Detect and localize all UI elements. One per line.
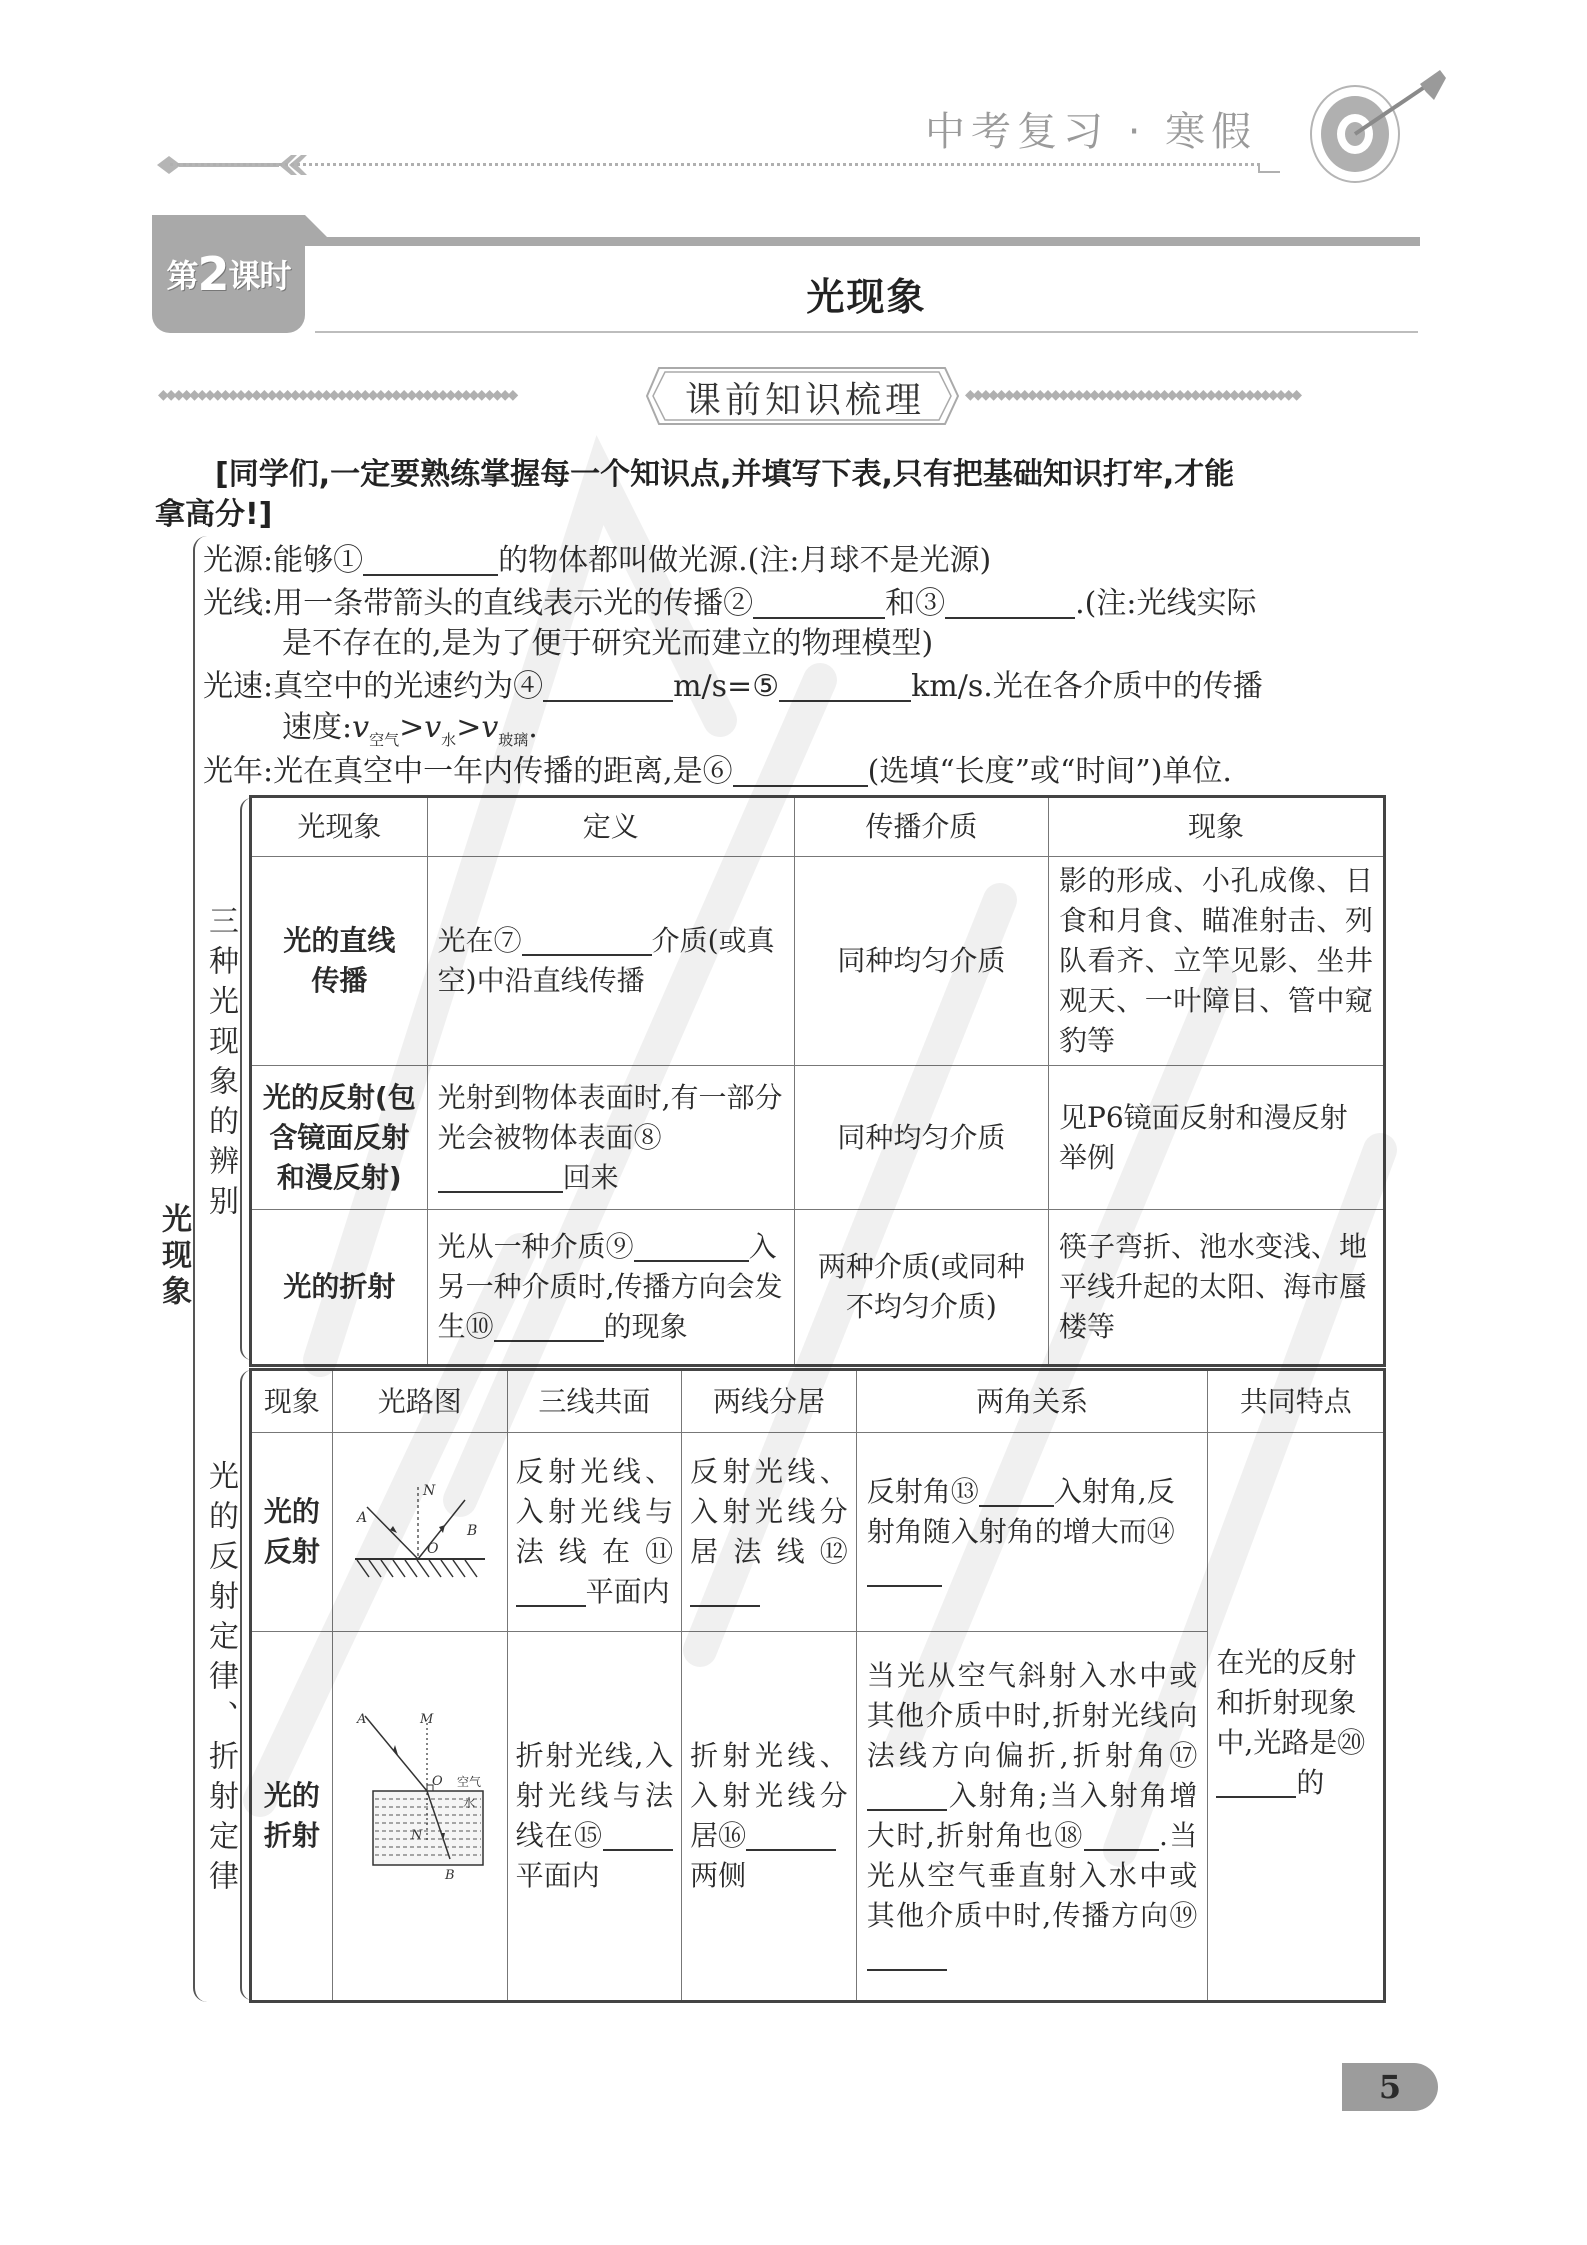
coplanar-cell: 折射光线,入射光线与法线在⑮平面内: [507, 1632, 682, 2002]
speed-order-end: .: [528, 710, 538, 745]
coplanar-tail: 平面内: [516, 1859, 600, 1892]
definition-lead: 光在⑦: [438, 924, 522, 957]
group2-label-text: 光的反射定律、折射定律: [198, 1460, 242, 1900]
label-a: A: [356, 1712, 366, 1727]
blank-20[interactable]: [1216, 1768, 1296, 1798]
medium-cell: 同种均匀介质: [794, 857, 1048, 1066]
light-speed-tail: km/s.光在各介质中的传播: [911, 669, 1263, 704]
table1-header-row: 光现象 定义 传播介质 现象: [251, 797, 1385, 857]
diamond-row-right: ◆◆◆◆◆◆◆◆◆◆◆◆◆◆◆◆◆◆◆◆◆◆◆◆◆◆◆◆◆◆◆◆◆◆◆◆◆◆◆◆…: [965, 388, 1420, 402]
group1-label-text: 三种光现象的辨别: [198, 905, 242, 1225]
table-row: 光的直线传播 光在⑦介质(或真空)中沿直线传播 同种均匀介质 影的形成、小孔成像…: [251, 857, 1385, 1066]
angles-marker-18: ⑱: [1054, 1819, 1084, 1852]
definition-cell: 光从一种介质⑨入另一种介质时,传播方向会发生⑩的现象: [427, 1210, 794, 1366]
group1-label: 三种光现象的辨别: [198, 905, 236, 1238]
table2-header: 两线分居: [682, 1370, 857, 1433]
v-water: v: [424, 710, 441, 745]
group2-label: 光的反射定律、折射定律: [198, 1460, 236, 1913]
label-air: 空气: [457, 1774, 481, 1789]
definition-lead: 光从一种介质⑨: [438, 1230, 634, 1263]
blank-2[interactable]: [753, 589, 885, 619]
medium-cell: 两种介质(或同种不均匀介质): [794, 1210, 1048, 1366]
phenomenon-name: 光的折射: [251, 1210, 428, 1366]
blank-15[interactable]: [603, 1821, 673, 1851]
angles-cell: 反射角⑬入射角,反射角随入射角的增大而⑭: [856, 1433, 1208, 1632]
table2-header: 两角关系: [856, 1370, 1208, 1433]
separate-tail: 两侧: [690, 1859, 746, 1892]
blank-17[interactable]: [867, 1781, 947, 1811]
refraction-diagram: A M O 空气 水 N B: [345, 1711, 495, 1911]
gt-1: >: [399, 710, 424, 745]
page-number: 5: [1342, 2063, 1438, 2111]
label-water: 水: [463, 1795, 475, 1810]
three-phenomena-table: 光现象 定义 传播介质 现象 光的直线传播 光在⑦介质(或真空)中沿直线传播 同…: [249, 795, 1386, 1367]
light-speed-line-2: 速度:v空气>v水>v玻璃.: [282, 702, 538, 750]
angles-marker-17: ⑰: [1169, 1739, 1197, 1772]
table2-header-row: 现象 光路图 三线共面 两线分居 两角关系 共同特点: [251, 1370, 1385, 1433]
label-b: B: [444, 1868, 455, 1883]
separate-cell: 反射光线、入射光线分居法线⑫: [682, 1433, 857, 1632]
target-icon: [1300, 70, 1460, 190]
light-ray-tail: .(注:光线实际: [1075, 586, 1256, 621]
phenomenon-name: 光的直线传播: [251, 857, 428, 1066]
law-name: 光的折射: [251, 1632, 333, 2002]
table-row: 光的折射 光从一种介质⑨入另一种介质时,传播方向会发生⑩的现象 两种介质(或同种…: [251, 1210, 1385, 1366]
label-m: M: [419, 1712, 434, 1727]
light-year-tail: (选填“长度”或“时间”)单位.: [868, 754, 1232, 789]
definition-tail: 回来: [563, 1161, 619, 1194]
page-title: 光现象: [315, 266, 1418, 321]
definition-lead: 光射到物体表面时,有一部分光会被物体表面⑧: [438, 1081, 783, 1154]
intro-line-1: [同学们,一定要熟练掌握每一个知识点,并填写下表,只有把基础知识打牢,才能: [215, 449, 1495, 493]
light-speed-mid: m/s=⑤: [673, 669, 779, 704]
intro-line-2: 拿高分!]: [155, 489, 1435, 533]
label-n: N: [422, 1483, 436, 1499]
phenomenon-name: 光的反射(包含镜面反射和漫反射): [251, 1066, 428, 1210]
medium-cell: 同种均匀介质: [794, 1066, 1048, 1210]
definition-cell: 光射到物体表面时,有一部分光会被物体表面⑧回来: [427, 1066, 794, 1210]
series-title: 中考复习 · 寒假: [925, 100, 1257, 157]
examples-cell: 筷子弯折、池水变浅、地平线升起的太阳、海市蜃楼等: [1049, 1210, 1385, 1366]
lesson-badge-prefix: 第: [166, 251, 197, 297]
blank-11[interactable]: [516, 1577, 586, 1607]
light-source-lead: 光源:能够①: [203, 543, 363, 578]
table1-header: 光现象: [251, 797, 428, 857]
outline-root-text: 光现象: [153, 1203, 193, 1311]
common-feature-tail: 的: [1296, 1766, 1324, 1799]
blank-9[interactable]: [634, 1232, 749, 1262]
examples-cell: 见P6镜面反射和漫反射举例: [1049, 1066, 1385, 1210]
light-ray-line: 光线:用一条带箭头的直线表示光的传播②和③.(注:光线实际: [203, 578, 1256, 622]
lesson-badge: 第2课时: [152, 215, 305, 333]
gt-2: >: [456, 710, 481, 745]
table2-header: 光路图: [332, 1370, 507, 1433]
blank-6[interactable]: [733, 757, 868, 787]
refraction-diagram-cell: A M O 空气 水 N B: [332, 1632, 507, 2002]
lesson-badge-number: 2: [197, 247, 228, 301]
band-corner: [305, 215, 327, 237]
blank-5[interactable]: [779, 672, 911, 702]
light-speed-lead: 光速:真空中的光速约为④: [203, 669, 543, 704]
table2-header: 三线共面: [507, 1370, 682, 1433]
label-b: B: [466, 1523, 477, 1539]
laws-table: 现象 光路图 三线共面 两线分居 两角关系 共同特点 光的反射 A N B O: [249, 1368, 1386, 2003]
lesson-badge-suffix: 课时: [229, 251, 291, 297]
light-ray-lead: 光线:用一条带箭头的直线表示光的传播②: [203, 586, 753, 621]
separate-lead: 反射光线、入射光线分居法线⑫: [690, 1455, 848, 1568]
table2-header: 共同特点: [1208, 1370, 1385, 1433]
separate-cell: 折射光线、入射光线分居⑯两侧: [682, 1632, 857, 2002]
v-glass: v: [481, 710, 498, 745]
title-band: [305, 237, 1420, 246]
light-year-line: 光年:光在真空中一年内传播的距离,是⑥(选填“长度”或“时间”)单位.: [203, 746, 1232, 790]
section-title: 课前知识梳理: [665, 372, 945, 423]
label-o: O: [427, 1541, 439, 1557]
coplanar-lead: 反射光线、入射光线与法线在⑪: [516, 1455, 674, 1568]
blank-13[interactable]: [979, 1477, 1054, 1507]
table1-header: 现象: [1049, 797, 1385, 857]
speed-order-lead: 速度:: [282, 710, 352, 745]
title-underline: [315, 331, 1418, 333]
table1-header: 定义: [427, 797, 794, 857]
header-dotted-line: [170, 163, 1260, 166]
angles-cell: 当光从空气斜射入水中或其他介质中时,折射光线向法线方向偏折,折射角⑰入射角;当入…: [856, 1632, 1208, 2002]
blank-19[interactable]: [867, 1941, 947, 1971]
light-year-lead: 光年:光在真空中一年内传播的距离,是⑥: [203, 754, 733, 789]
light-ray-line-2: 是不存在的,是为了便于研究光而建立的物理模型): [282, 618, 933, 662]
coplanar-cell: 反射光线、入射光线与法线在⑪平面内: [507, 1433, 682, 1632]
diamond-row-left: ◆◆◆◆◆◆◆◆◆◆◆◆◆◆◆◆◆◆◆◆◆◆◆◆◆◆◆◆◆◆◆◆◆◆◆◆◆◆◆◆…: [158, 388, 648, 402]
label-o: O: [432, 1774, 443, 1789]
blank-18[interactable]: [1084, 1821, 1159, 1851]
blank-10[interactable]: [494, 1312, 604, 1342]
header-line-end: [1258, 163, 1280, 173]
reflection-diagram: A N B O: [345, 1467, 495, 1587]
definition-cell: 光在⑦介质(或真空)中沿直线传播: [427, 857, 794, 1066]
table1-header: 传播介质: [794, 797, 1048, 857]
angles-lead: 反射角⑬: [867, 1475, 979, 1508]
light-source-line: 光源:能够①的物体都叫做光源.(注:月球不是光源): [203, 535, 991, 579]
table2-header: 现象: [251, 1370, 333, 1433]
blank-7[interactable]: [522, 926, 652, 956]
blank-12[interactable]: [690, 1577, 760, 1607]
common-feature-lead: 在光的反射和折射现象中,光路是⑳: [1216, 1646, 1365, 1759]
light-source-tail: 的物体都叫做光源.(注:月球不是光源): [498, 543, 991, 578]
angles-part-1: 当光从空气斜射入水中或其他介质中时,折射光线向法线方向偏折,折射角: [867, 1659, 1198, 1772]
blank-8[interactable]: [438, 1163, 563, 1193]
coplanar-tail: 平面内: [586, 1575, 670, 1608]
v-air: v: [352, 710, 369, 745]
blank-1[interactable]: [363, 546, 498, 576]
light-speed-line: 光速:真空中的光速约为④m/s=⑤km/s.光在各介质中的传播: [203, 661, 1263, 705]
table-row: 光的反射 A N B O 反射光线、入射光线与法线在⑪平面内 反射光: [251, 1433, 1385, 1632]
blank-16[interactable]: [746, 1821, 836, 1851]
examples-cell: 影的形成、小孔成像、日食和月食、瞄准射击、列队看齐、立竿见影、坐井观天、一叶障目…: [1049, 857, 1385, 1066]
label-n: N: [410, 1828, 423, 1843]
definition-tail: 的现象: [604, 1310, 688, 1343]
light-ray-mid: 和③: [885, 586, 945, 621]
law-name: 光的反射: [251, 1433, 333, 1632]
table-row: 光的反射(包含镜面反射和漫反射) 光射到物体表面时,有一部分光会被物体表面⑧回来…: [251, 1066, 1385, 1210]
outline-root-label: 光现象: [153, 1203, 187, 1322]
label-a: A: [355, 1510, 367, 1526]
blank-4[interactable]: [543, 672, 673, 702]
common-feature-cell: 在光的反射和折射现象中,光路是⑳的: [1208, 1433, 1385, 2002]
blank-14[interactable]: [867, 1557, 942, 1587]
reflection-diagram-cell: A N B O: [332, 1433, 507, 1632]
blank-3[interactable]: [945, 589, 1075, 619]
